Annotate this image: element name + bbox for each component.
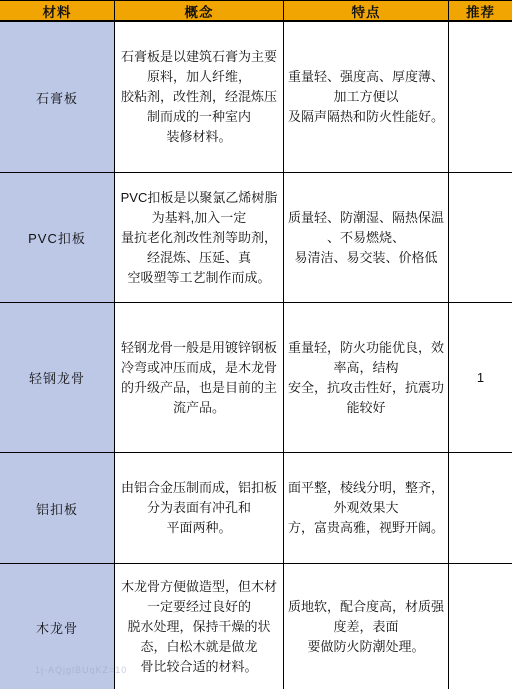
material-name-cell: 石膏板 [0,22,115,173]
features-cell: 面平整，棱线分明，整齐， 外观效果大 方，富贵高雅，视野开阔。 [284,453,449,564]
concept-cell: PVC扣板是以聚氯乙烯树脂 为基料,加入一定 量抗老化剂改性剂等助剂， 经混炼、… [115,173,284,303]
material-name-cell: 轻钢龙骨 [0,303,115,453]
material-name-cell: 铝扣板 [0,453,115,564]
features-cell: 重量轻、强度高、厚度薄、 加工方便以 及隔声隔热和防火性能好。 [284,22,449,173]
recommend-cell [449,173,512,303]
recommend-cell [449,22,512,173]
concept-cell: 木龙骨方便做造型，但木材 一定要经过良好的 脱水处理，保持干燥的状 态，白松木就… [115,564,284,689]
concept-cell: 轻钢龙骨一般是用镀锌钢板 冷弯或冲压而成，是木龙骨 的升级产品，也是目前的主 流… [115,303,284,453]
features-cell: 质地软，配合度高，材质强 度差，表面 要做防火防潮处理。 [284,564,449,689]
concept-cell: 石膏板是以建筑石膏为主要 原料，加人纤维， 胶粘剂，改性剂，经混炼压 制而成的一… [115,22,284,173]
recommend-cell: 1 [449,303,512,453]
concept-cell: 由铝合金压制而成，铝扣板 分为表面有冲孔和 平面两种。 [115,453,284,564]
material-name-cell: 木龙骨 [0,564,115,689]
recommend-cell [449,564,512,689]
header-recommend: 推荐 [449,1,512,22]
features-cell: 质量轻、防潮湿、隔热保温 、不易燃烧、 易清洁、易交装、价格低 [284,173,449,303]
recommend-cell [449,453,512,564]
features-cell: 重量轻，防火功能优良，效 率高，结构 安全，抗攻击性好，抗震功 能较好 [284,303,449,453]
header-features: 特点 [284,1,449,22]
materials-table: 材料 概念 特点 推荐 石膏板 石膏板是以建筑石膏为主要 原料，加人纤维， 胶粘… [0,0,512,689]
material-name-cell: PVC扣板 [0,173,115,303]
header-material: 材料 [0,1,115,22]
header-concept: 概念 [115,1,284,22]
